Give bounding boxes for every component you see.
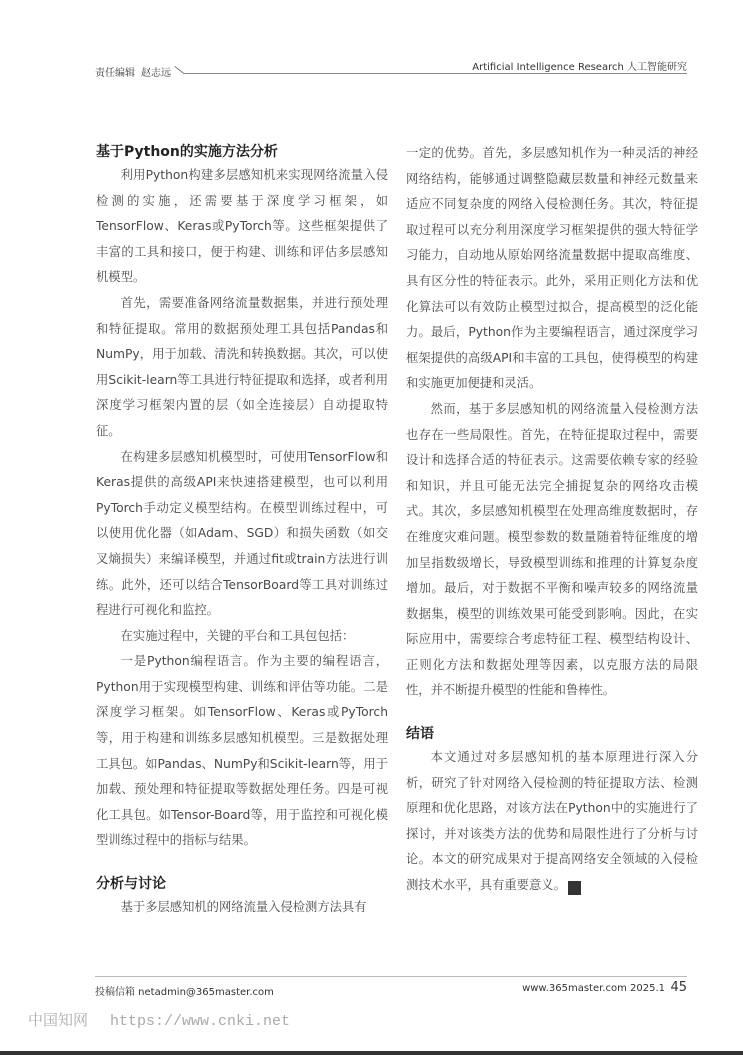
- paragraph: 首先，需要准备网络流量数据集，并进行预处理和特征提取。常用的数据预处理工具包括P…: [96, 291, 388, 445]
- paragraph-conclusion: 本文通过对多层感知机的基本原理进行深入分析，研究了针对网络入侵检测的特征提取方法…: [406, 745, 698, 899]
- section-heading-analysis-discussion: 分析与讨论: [96, 873, 388, 895]
- paragraph: 在实施过程中，关键的平台和工具包包括：: [96, 624, 388, 650]
- page-footer: 投稿信箱 netadmin@365master.com www.365maste…: [95, 976, 687, 977]
- right-column: 一定的优势。首先，多层感知机作为一种灵活的神经网络结构，能够通过调整隐藏层数量和…: [406, 141, 698, 899]
- submission-email: 投稿信箱 netadmin@365master.com: [95, 983, 274, 998]
- site-issue: www.365master.com 2025.1: [522, 983, 665, 994]
- footer-rule: [95, 976, 687, 977]
- watermark-url: https://www.cnki.net: [110, 1013, 290, 1030]
- paragraph: 基于多层感知机的网络流量入侵检测方法具有: [96, 895, 388, 921]
- conclusion-text: 本文通过对多层感知机的基本原理进行深入分析，研究了针对网络入侵检测的特征提取方法…: [406, 750, 698, 892]
- page-number: 45: [670, 980, 687, 995]
- section-heading-python-implementation: 基于Python的实施方法分析: [96, 141, 388, 163]
- watermark-name: 中国知网: [28, 1011, 88, 1029]
- paragraph: 利用Python构建多层感知机来实现网络流量入侵检测的实施，还需要基于深度学习框…: [96, 163, 388, 291]
- editor-label: 责任编辑: [95, 68, 135, 79]
- header-rule: [184, 73, 687, 74]
- cnki-watermark: 中国知网https://www.cnki.net: [28, 1009, 290, 1030]
- paragraph: 在构建多层感知机模型时，可使用TensorFlow和Keras提供的高级API来…: [96, 445, 388, 624]
- editor-credit: 责任编辑赵志远: [95, 64, 171, 79]
- bottom-bar: [0, 1051, 743, 1055]
- end-mark-icon: N: [568, 881, 581, 895]
- editor-name: 赵志远: [141, 68, 171, 79]
- paragraph: 然而，基于多层感知机的网络流量入侵检测方法也存在一些局限性。首先，在特征提取过程…: [406, 397, 698, 704]
- section-heading-conclusion: 结语: [406, 723, 698, 745]
- page-header: 责任编辑赵志远 Artificial Intelligence Research…: [95, 62, 687, 82]
- journal-title: Artificial Intelligence Research 人工智能研究: [468, 63, 687, 73]
- paragraph: 一是Python编程语言。作为主要的编程语言，Python用于实现模型构建、训练…: [96, 649, 388, 854]
- left-column: 基于Python的实施方法分析 利用Python构建多层感知机来实现网络流量入侵…: [96, 141, 388, 921]
- section-gap: [96, 854, 388, 873]
- section-gap: [406, 704, 698, 723]
- paragraph-continuation: 一定的优势。首先，多层感知机作为一种灵活的神经网络结构，能够通过调整隐藏层数量和…: [406, 141, 698, 397]
- header-slash-divider: [174, 66, 184, 74]
